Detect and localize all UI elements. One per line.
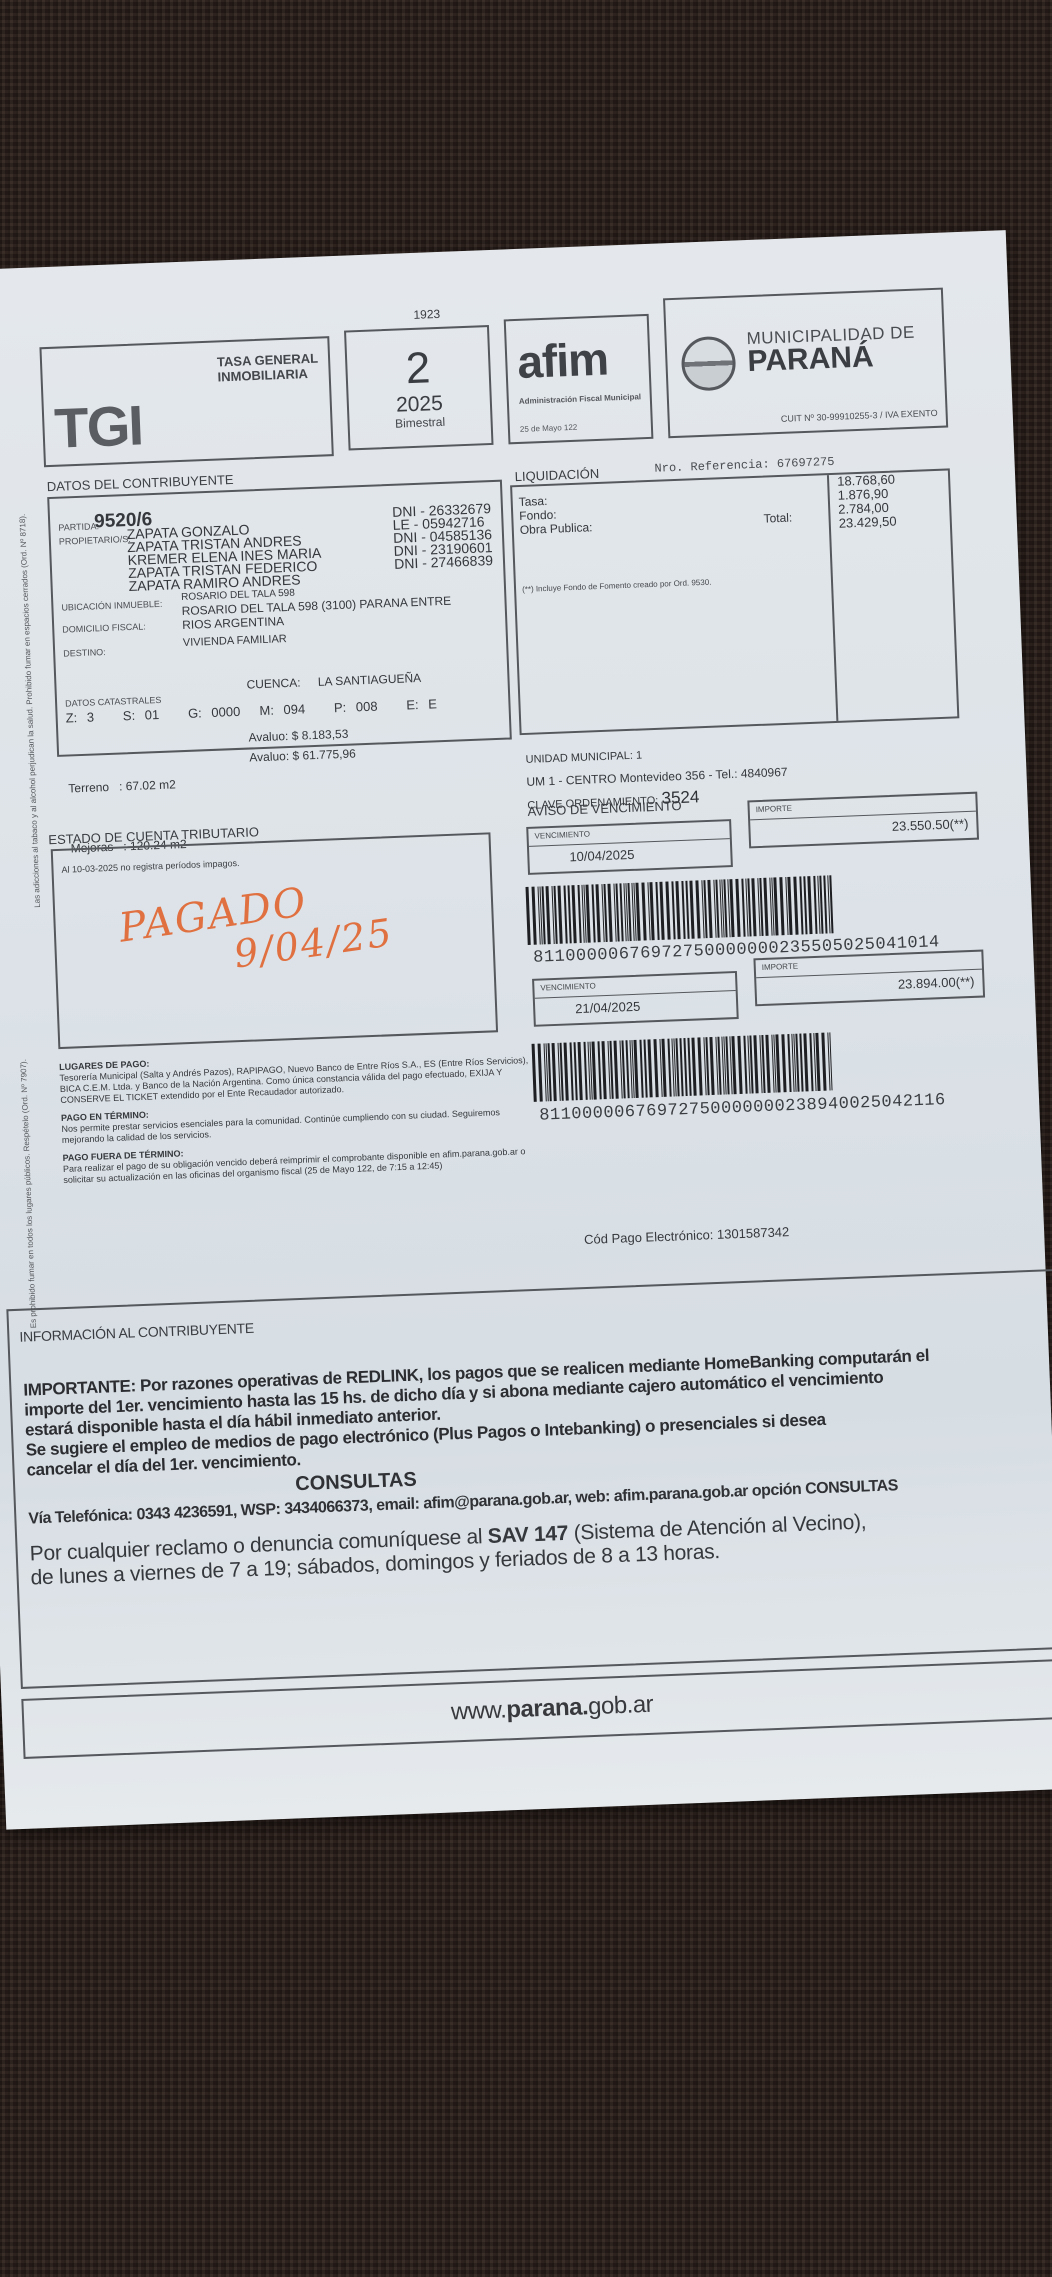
account-status-box: Al 10-03-2025 no registra períodos impag… — [51, 832, 498, 1049]
basin: CUENCA: LA SANTIAGUEÑA — [246, 671, 421, 692]
settlement-divider — [827, 475, 838, 721]
afim-address: 25 de Mayo 122 — [520, 423, 578, 434]
taxpayer-info-box: INFORMACIÓN AL CONTRIBUYENTE IMPORTANTE:… — [6, 1269, 1052, 1689]
municipality-seal-icon — [681, 336, 737, 392]
valuations: Avaluo: $ 8.183,53 Avaluo: $ 61.775,96 — [248, 723, 356, 767]
website-url: www.parana.gob.ar — [24, 1674, 1052, 1743]
important-notice: IMPORTANTE: Por razones operativas de RE… — [23, 1341, 1052, 1481]
owner-documents: DNI - 26332679 LE - 05942716 DNI - 04585… — [392, 502, 493, 571]
municipality-cuit: CUIT Nº 30-99910255-3 / IVA EXENTO — [781, 408, 938, 424]
side-legal-text-2: Es prohibido fumar en todos los lugares … — [19, 1059, 38, 1328]
handwritten-paid-note: PAGADO 9/04/25 — [116, 870, 396, 992]
owners-label: PROPIETARIO/S: — [59, 534, 131, 547]
tgi-subtitle-line2: INMOBILIARIA — [217, 366, 319, 385]
settlement-note: (**) Incluye Fondo de Fomento creado por… — [522, 578, 712, 594]
municipality-name: PARANÁ — [747, 340, 874, 379]
settlement-values: 18.768,60 1.876,90 2.784,00 23.429,50 — [837, 473, 897, 531]
improvements-valuation: Avaluo: $ 61.775,96 — [249, 743, 356, 767]
tgi-subtitle: TASA GENERAL INMOBILIARIA — [217, 351, 319, 385]
due-date-box-2: VENCIMIENTO 21/04/2025 — [532, 971, 739, 1027]
side-legal-text-1: Las adicciones al tabaco y al alcohol pe… — [18, 514, 42, 908]
settlement-total-label: Total: — [763, 511, 792, 526]
fiscal-address-line2: RIOS ARGENTINA — [182, 614, 284, 632]
tgi-title: TGI — [53, 392, 143, 460]
website-domain: parana. — [506, 1693, 589, 1723]
destination-value: VIVIENDA FAMILIAR — [183, 633, 287, 649]
account-status-text: Al 10-03-2025 no registra períodos impag… — [61, 858, 239, 875]
electronic-payment-code: Cód Pago Electrónico: 1301587342 — [584, 1224, 790, 1247]
partida-label: PARTIDA: — [58, 521, 99, 533]
contributor-box: PARTIDA: 9520/6 PROPIETARIO/S: ZAPATA GO… — [47, 480, 512, 757]
period-box: 2 2025 Bimestral — [344, 325, 493, 450]
basin-label: CUENCA: — [246, 676, 301, 692]
municipality-box: MUNICIPALIDAD DE PARANÁ CUIT Nº 30-99910… — [663, 288, 948, 439]
settlement-label: Obra Publica: — [520, 520, 593, 537]
inquiries-title: CONSULTAS — [295, 1469, 417, 1497]
owners-list: ZAPATA GONZALO ZAPATA TRISTAN ANDRES KRE… — [126, 521, 322, 593]
settlement-total: 23.429,50 — [839, 515, 897, 531]
fiscal-address-label: DOMICILIO FISCAL: — [62, 621, 146, 634]
barcode-1 — [526, 875, 836, 945]
sav-number: SAV 147 — [487, 1522, 568, 1548]
amount-box-1: IMPORTE 23.550.50(**) — [747, 792, 979, 849]
due-date-box-1: VENCIMIENTO 10/04/2025 — [526, 819, 733, 875]
barcode-2 — [532, 1032, 834, 1101]
property-location-label: UBICACIÓN INMUEBLE: — [61, 599, 162, 613]
period-number: 2 — [347, 341, 490, 396]
afim-logo-box: afim Administración Fiscal Municipal 25 … — [504, 314, 654, 444]
tgi-header-box: TASA GENERAL INMOBILIARIA TGI — [39, 336, 333, 467]
afim-subtitle: Administración Fiscal Municipal — [519, 392, 642, 406]
owner-document: DNI - 27466839 — [394, 554, 493, 571]
payment-info: LUGARES DE PAGO: Tesorería Municipal (Sa… — [59, 1044, 534, 1193]
afim-logo: afim — [516, 331, 609, 388]
reference-number: Nro. Referencia: 67697275 — [654, 455, 834, 476]
basin-value: LA SANTIAGUEÑA — [318, 671, 422, 689]
taxpayer-info-title: INFORMACIÓN AL CONTRIBUYENTE — [19, 1320, 254, 1345]
settlement-labels: Tasa: Fondo: Obra Publica: — [518, 492, 592, 537]
amount-box-2: IMPORTE 23.894.00(**) — [753, 950, 985, 1007]
destination-label: DESTINO: — [63, 647, 106, 659]
tax-bill-paper: 1923 TASA GENERAL INMOBILIARIA TGI 2 202… — [0, 230, 1052, 1830]
settlement-box: Tasa: Fondo: Obra Publica: Total: 18.768… — [510, 468, 959, 735]
doc-code: 1923 — [413, 307, 440, 322]
land-area: Terreno : 67.02 m2 — [68, 774, 185, 798]
website-prefix: www. — [450, 1696, 506, 1725]
website-suffix: gob.ar — [588, 1691, 654, 1720]
